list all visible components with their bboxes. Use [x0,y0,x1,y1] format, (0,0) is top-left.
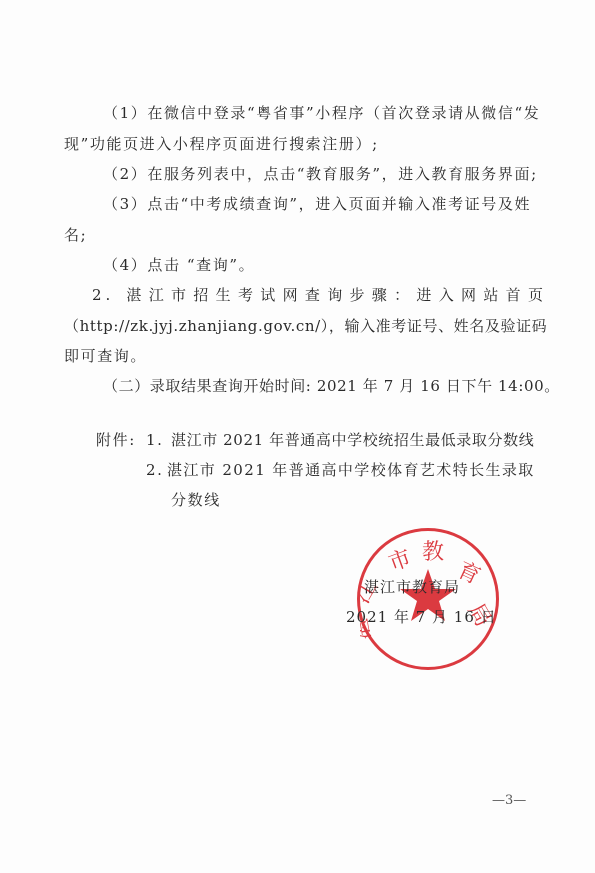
website-url-line: （http://zk.jyj.zhanjiang.gov.cn/），输入准考证号… [64,316,547,336]
step-3-line-2: 名; [64,225,87,245]
seal-star-icon: 市 教 育 局 江 湛 [360,531,496,667]
attachment-1-title: 湛江市 2021 年普通高中学校统招生最低录取分数线 [171,430,534,450]
step-4: （4）点击 “查询”。 [103,255,255,275]
svg-text:教: 教 [422,540,444,565]
signature-date: 2021 年 7 月 16 日 [346,607,497,627]
attachments-label: 附件: [96,430,136,450]
attachment-1-number: 1. [146,430,164,450]
step-1-line-2: 现”功能页进入小程序页面进行搜索注册）; [64,134,379,154]
page-number: —3— [492,793,526,808]
website-steps-line-3: 即可查询。 [64,346,147,366]
official-seal: 市 教 育 局 江 湛 [357,528,499,670]
step-3-line-1: （3）点击“中考成绩查询”，进入页面并输入准考证号及姓 [103,194,531,214]
svg-text:市: 市 [386,546,415,577]
step-1-line-1: （1）在微信中登录“粤省事”小程序（首次登录请从微信“发 [103,103,540,123]
step-2: （2）在服务列表中，点击“教育服务”，进入教育服务界面; [103,164,538,184]
attachment-2-number: 2. [146,460,164,480]
admission-time: （二）录取结果查询开始时间: 2021 年 7 月 16 日下午 14:00。 [103,376,560,396]
website-steps-line-1: 2. 湛江市招生考试网查询步骤：进入网站首页 [92,285,547,305]
attachment-2-title-line-1: 湛江市 2021 年普通高中学校体育艺术特长生录取 [167,460,535,480]
attachment-2-title-line-2: 分数线 [171,490,221,510]
signature-organization: 湛江市教育局 [364,577,460,597]
